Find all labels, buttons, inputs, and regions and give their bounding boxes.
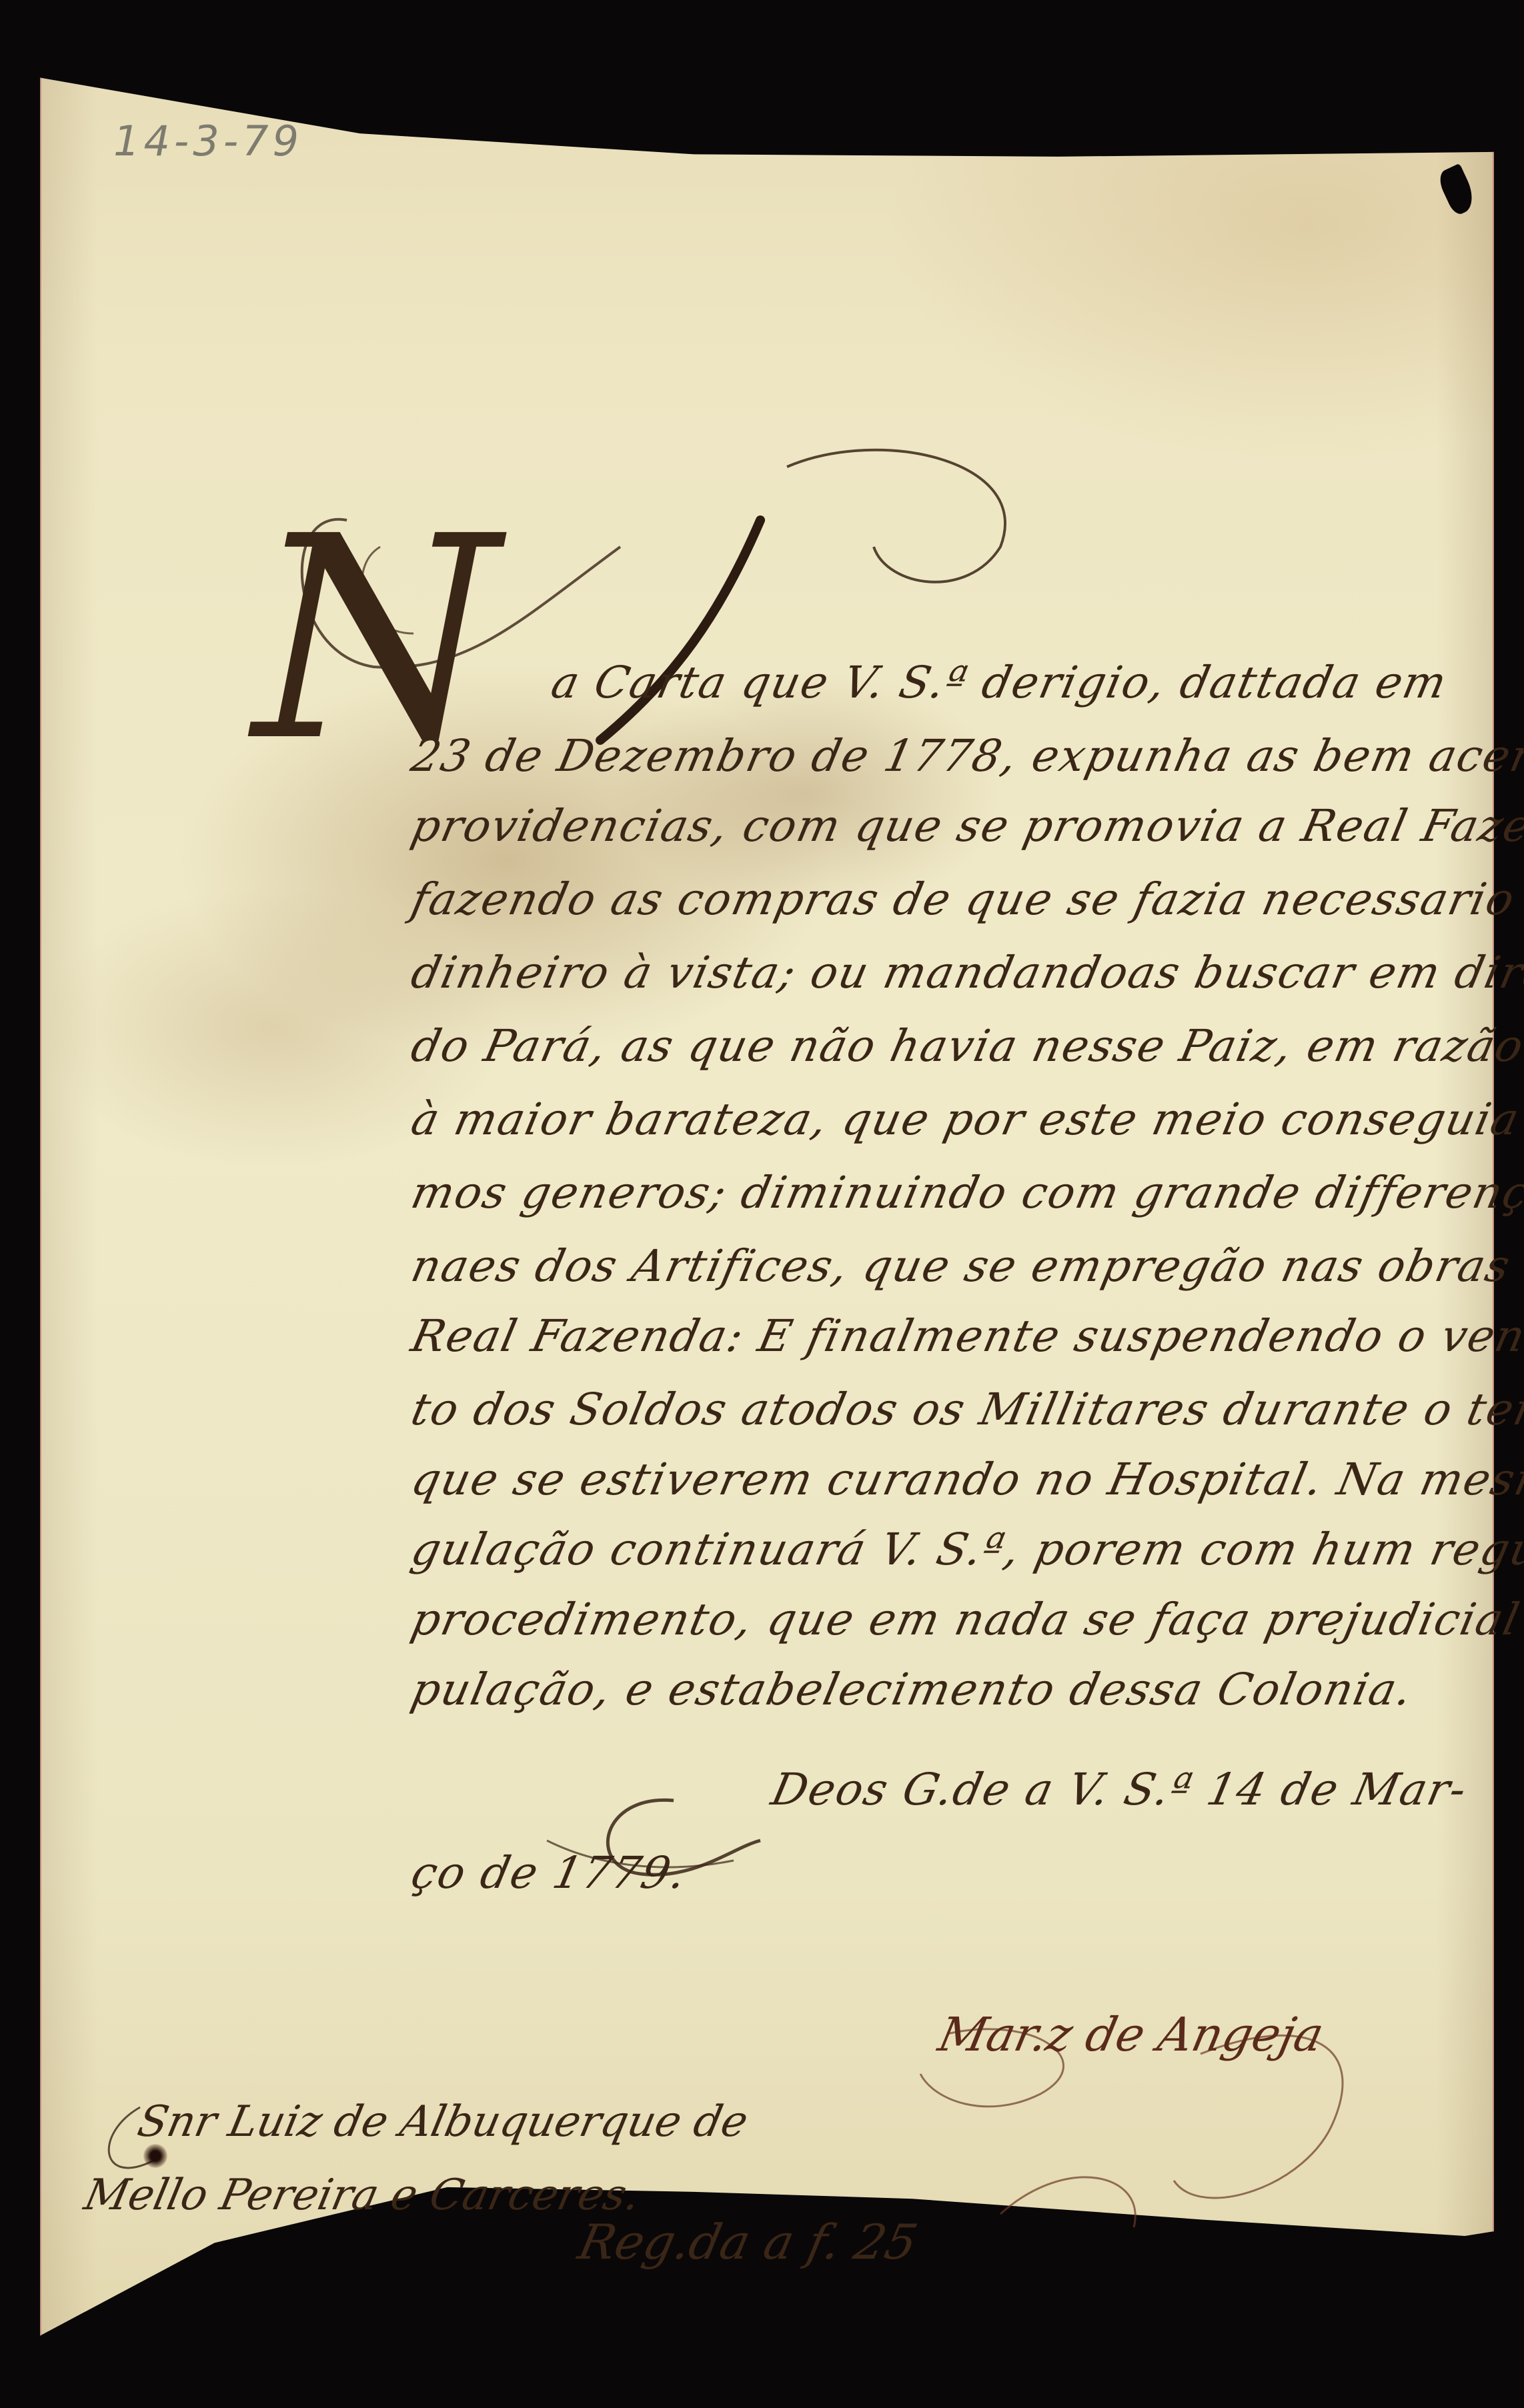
body-line: mos generos; diminuindo com grande diffe…: [407, 1167, 1524, 1218]
signature: Mar.z de Angeja: [934, 2007, 1329, 2062]
body-line: providencias, com que se promovia a Real…: [407, 800, 1524, 852]
registry-note: Reg.da a f. 25: [574, 2214, 922, 2270]
body-line: que se estiverem curando no Hospital. Na…: [407, 1454, 1524, 1505]
closing-line-1: Deos G.de a V. S.ª 14 de Mar-: [767, 1764, 1472, 1815]
body-line: gulação continuará V. S.ª, porem com hum…: [407, 1524, 1524, 1575]
body-line: à maior barateza, que por este meio cons…: [407, 1094, 1524, 1145]
body-line: fazendo as compras de que se fazia neces…: [407, 874, 1524, 925]
pencil-date-annotation: 14-3-79: [113, 117, 303, 165]
addressee-line-1: Snr Luiz de Albuquerque de: [133, 2097, 752, 2147]
body-line: do Pará, as que não havia nesse Paiz, em…: [407, 1020, 1524, 1072]
body-line: procedimento, que em nada se faça prejud…: [407, 1594, 1524, 1645]
body-line: Real Fazenda: E finalmente suspendendo o…: [407, 1310, 1524, 1362]
addressee-line-2: Mello Pereira e Carceres.: [80, 2171, 644, 2220]
body-line: pulação, e estabelecimento dessa Colonia…: [407, 1664, 1418, 1715]
body-line: dinheiro à vista; ou mandandoas buscar e…: [407, 947, 1524, 998]
ink-blot: [143, 2144, 167, 2168]
body-line: to dos Soldos atodos os Millitares duran…: [407, 1384, 1524, 1435]
body-line: 23 de Dezembro de 1778, expunha as bem a…: [407, 730, 1524, 782]
body-line: naes dos Artifices, que se empregão nas …: [407, 1240, 1524, 1292]
body-line: a Carta que V. S.ª derigio, dattada em: [547, 657, 1452, 708]
closing-line-2: ço de 1779.: [407, 1847, 692, 1899]
